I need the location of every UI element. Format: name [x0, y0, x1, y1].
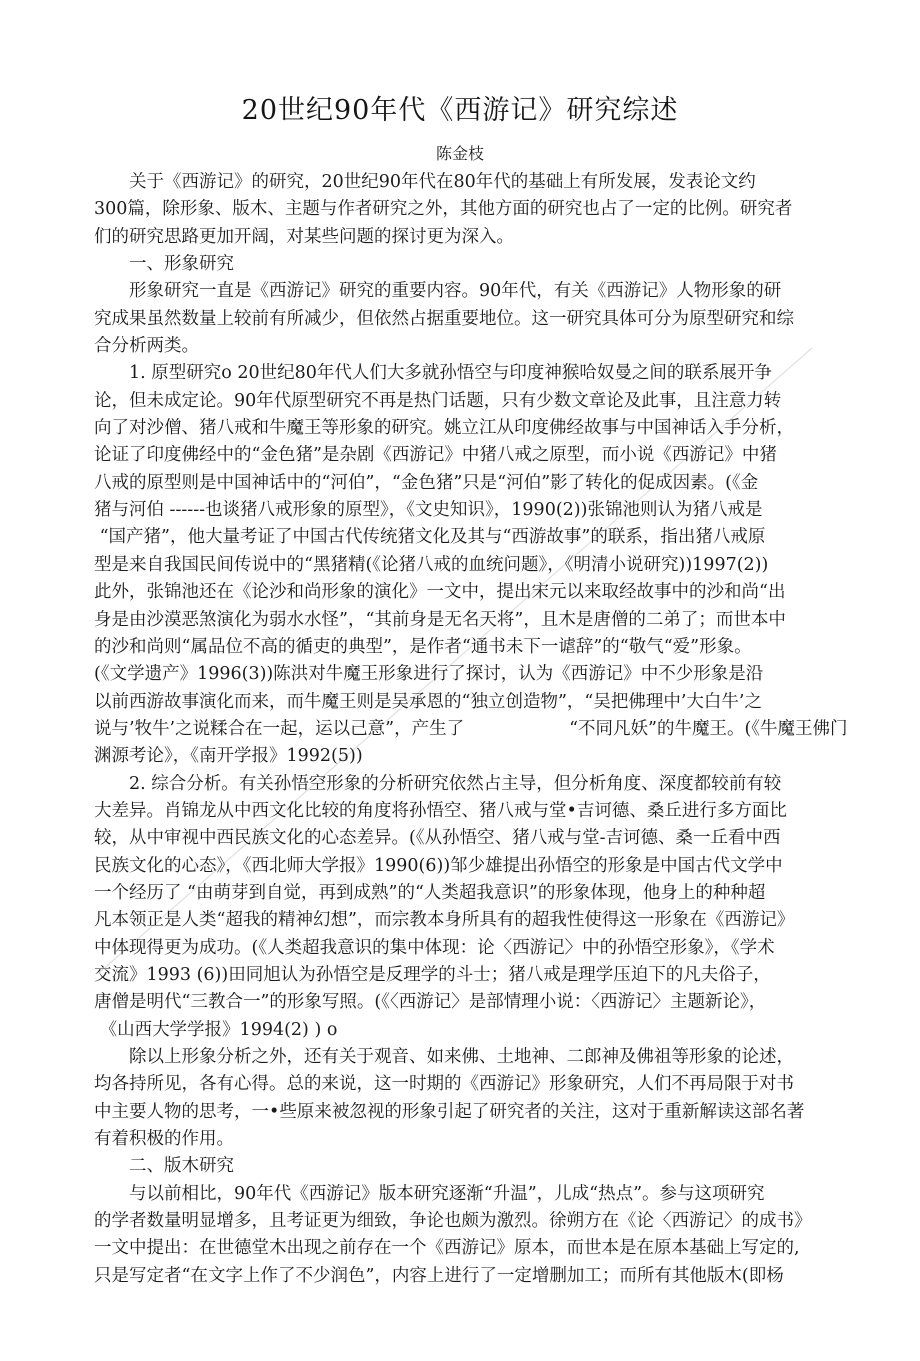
text-line: 较，从中审视中西民族文化的心态差异。(《从孙悟空、猪八戒与堂-吉诃德、桑一丘看中… — [94, 825, 834, 852]
text-line: 一文中提出：在世德堂木出现之前存在一个《西游记》原本，而世本是在原本基础上写定的… — [94, 1235, 834, 1262]
text-line: 渊源考论》，《南开学报》1992(5)) — [94, 743, 834, 770]
text-line: 2. 综合分析。有关孙悟空形象的分析研究依然占主导，但分析角度、深度都较前有较 — [94, 771, 834, 798]
text-line: 交流》1993 (6))田同旭认为孙悟空是反理学的斗士；猪八戒是理学压迫下的凡夫… — [94, 962, 834, 989]
text-line: (《文学遗产》1996(3))陈洪对牛魔王形象进行了探讨，认为《西游记》中不少形… — [94, 661, 834, 688]
text-line: 除以上形象分析之外，还有关于观音、如来佛、土地神、二郎神及佛祖等形象的论述， — [94, 1044, 834, 1071]
page-title: 20世纪90年代《西游记》研究综述 — [0, 88, 920, 127]
text-line: 究成果虽然数量上较前有所减少，但依然占据重要地位。这一研究具体可分为原型研究和综 — [94, 306, 834, 333]
text-line: 中主要人物的思考，一•些原来被忽视的形象引起了研究者的关注，这对于重新解读这部名… — [94, 1099, 834, 1126]
text-line: 此外，张锦池还在《论沙和尚形象的演化》一文中，提出宋元以来取经故事中的沙和尚“出 — [94, 579, 834, 606]
text-line: 中体现得更为成功。(《人类超我意识的集中体现：论〈西游记〉中的孙悟空形象》，《学… — [94, 935, 834, 962]
text-line: 一个经历了 “由萌芽到自觉，再到成熟”的“人类超我意识”的形象体现，他身上的种种… — [94, 880, 834, 907]
text-line: 向了对沙僧、猪八戒和牛魔王等形象的研究。姚立江从印度佛经故事与中国神话入手分析， — [94, 415, 834, 442]
text-line: 二、版木研究 — [94, 1153, 834, 1180]
text-line: 形象研究一直是《西游记》研究的重要内容。90年代，有关《西游记》人物形象的研 — [94, 278, 834, 305]
text-line: 与以前相比，90年代《西游记》版本研究逐渐“升温”，儿成“热点”。参与这项研究 — [94, 1181, 834, 1208]
text-line: 身是由沙漠恶煞演化为弱水水怪”，“其前身是无名天将”，且木是唐僧的二弟了；而世本… — [94, 607, 834, 634]
document-page: 20世纪90年代《西游记》研究综述 陈金枝 关于《西游记》的研究，20世纪90年… — [0, 0, 920, 1361]
text-line: 型是来自我国民间传说中的“黑猪精(《论猪八戒的血统问题》，《明清小说研究))19… — [94, 552, 834, 579]
text-line: 300篇，除形象、版木、主题与作者研究之外，其他方面的研究也占了一定的比例。研究… — [94, 196, 834, 223]
text-line: 民族文化的心态》，《西北师大学报》1990(6))邹少雄提出孙悟空的形象是中国古… — [94, 853, 834, 880]
text-line: 只是写定者“在文字上作了不少润色”，内容上进行了一定增删加工；而所有其他版木(即… — [94, 1263, 834, 1290]
text-line: 凡本领正是人类“超我的精神幻想”，而宗教本身所具有的超我性使得这一形象在《西游记… — [94, 907, 834, 934]
text-line: 论证了印度佛经中的“金色猪”是杂剧《西游记》中猪八戒之原型，而小说《西游记》中猪 — [94, 442, 834, 469]
text-line: 唐僧是明代“三教合一”的形象写照。(《〈西游记〉是部情理小说：〈西游记〉主题新论… — [94, 989, 834, 1016]
text-line: 论，但未成定论。90年代原型研究不再是热门话题，只有少数文章论及此事，且注意力转 — [94, 388, 834, 415]
text-line: 合分析两类。 — [94, 333, 834, 360]
text-line: 大差异。肖锦龙从中西文化比较的角度将孙悟空、猪八戒与堂•吉诃德、桑丘进行多方面比 — [94, 798, 834, 825]
text-line: 1. 原型研究o 20世纪80年代人们大多就孙悟空与印度神猴哈奴曼之间的联系展开… — [94, 360, 834, 387]
text-line: 八戒的原型则是中国神话中的“河伯”，“金色猪”只是“河伯”影了转化的促成因素。(… — [94, 470, 834, 497]
author-name: 陈金枝 — [0, 141, 920, 164]
text-line: 们的研究思路更加开阔，对某些问题的探讨更为深入。 — [94, 224, 834, 251]
text-line: 有着积极的作用。 — [94, 1126, 834, 1153]
text-line: 的学者数量明显增多，且考证更为细致，争论也颇为激烈。徐朔方在《论〈西游记〉的成书… — [94, 1208, 834, 1235]
text-line: 均各持所见，各有心得。总的来说，这一时期的《西游记》形象研究，人们不再局限于对书 — [94, 1071, 834, 1098]
text-line: 关于《西游记》的研究，20世纪90年代在80年代的基础上有所发展，发表论文约 — [94, 169, 834, 196]
text-line: 的沙和尚则“属品位不高的循吏的典型”，是作者“通书未下一谑辞”的“敬气“爱”形象… — [94, 634, 834, 661]
document-body: 关于《西游记》的研究，20世纪90年代在80年代的基础上有所发展，发表论文约30… — [94, 169, 834, 1290]
text-line: 以前西游故事演化而来，而牛魔王则是吴承恩的“独立创造物”，“吴把佛理中’大白牛’… — [94, 689, 834, 716]
text-line: “国产猪”，他大量考证了中国古代传统猪文化及其与“西游故事”的联系，指出猪八戒原 — [94, 524, 834, 551]
text-line: 《山西大学学报》1994(2) ) o — [94, 1017, 834, 1044]
text-line: 一、形象研究 — [94, 251, 834, 278]
text-line: 猪与河伯 ------也谈猪八戒形象的原型》，《文史知识》，1990(2))张锦… — [94, 497, 834, 524]
text-line: 说与’牧牛’之说糅合在一起，运以己意”，产生了 “不同凡妖”的牛魔王。(《牛魔王… — [94, 716, 834, 743]
